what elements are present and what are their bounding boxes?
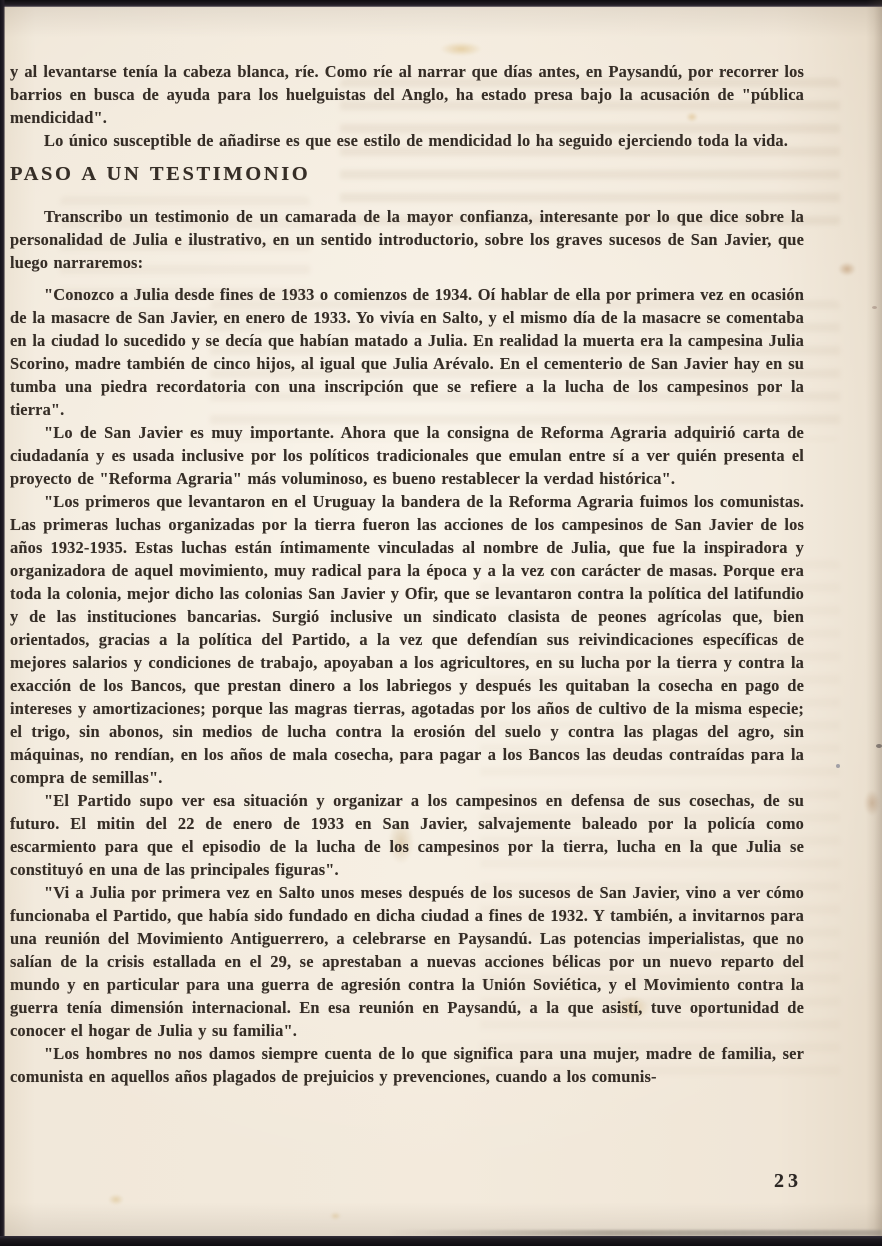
paper-speck [836, 764, 840, 768]
paragraph: Transcribo un testimonio de un camarada … [10, 205, 804, 274]
paper-stain [330, 1212, 341, 1220]
scan-edge-left [0, 0, 5, 1246]
testimony-paragraph: "Lo de San Javier es muy importante. Aho… [10, 421, 804, 490]
page-edge-right [866, 0, 882, 1246]
testimony-paragraph: "El Partido supo ver esa situación y org… [10, 789, 804, 881]
paper-stain [108, 1194, 124, 1205]
section-heading: PASO A UN TESTIMONIO [10, 162, 804, 187]
paragraph-continuation: y al levantarse tenía la cabeza blanca, … [10, 60, 804, 129]
paper-stain [440, 42, 482, 56]
scanned-page: y al levantarse tenía la cabeza blanca, … [0, 0, 882, 1246]
testimony-paragraph: "Los hombres no nos damos siempre cuenta… [10, 1042, 804, 1088]
page-number: 23 [774, 1170, 802, 1193]
testimony-paragraph: "Los primeros que levantaron en el Urugu… [10, 490, 804, 789]
testimony-paragraph: "Vi a Julia por primera vez en Salto uno… [10, 881, 804, 1042]
text-column: y al levantarse tenía la cabeza blanca, … [10, 60, 804, 1088]
testimony-paragraph: "Conozco a Julia desde fines de 1933 o c… [10, 283, 804, 421]
paragraph: Lo único susceptible de añadirse es que … [10, 129, 804, 152]
scan-edge-bottom [0, 1236, 882, 1246]
paper-stain [838, 262, 856, 276]
scan-edge-top [0, 0, 882, 7]
